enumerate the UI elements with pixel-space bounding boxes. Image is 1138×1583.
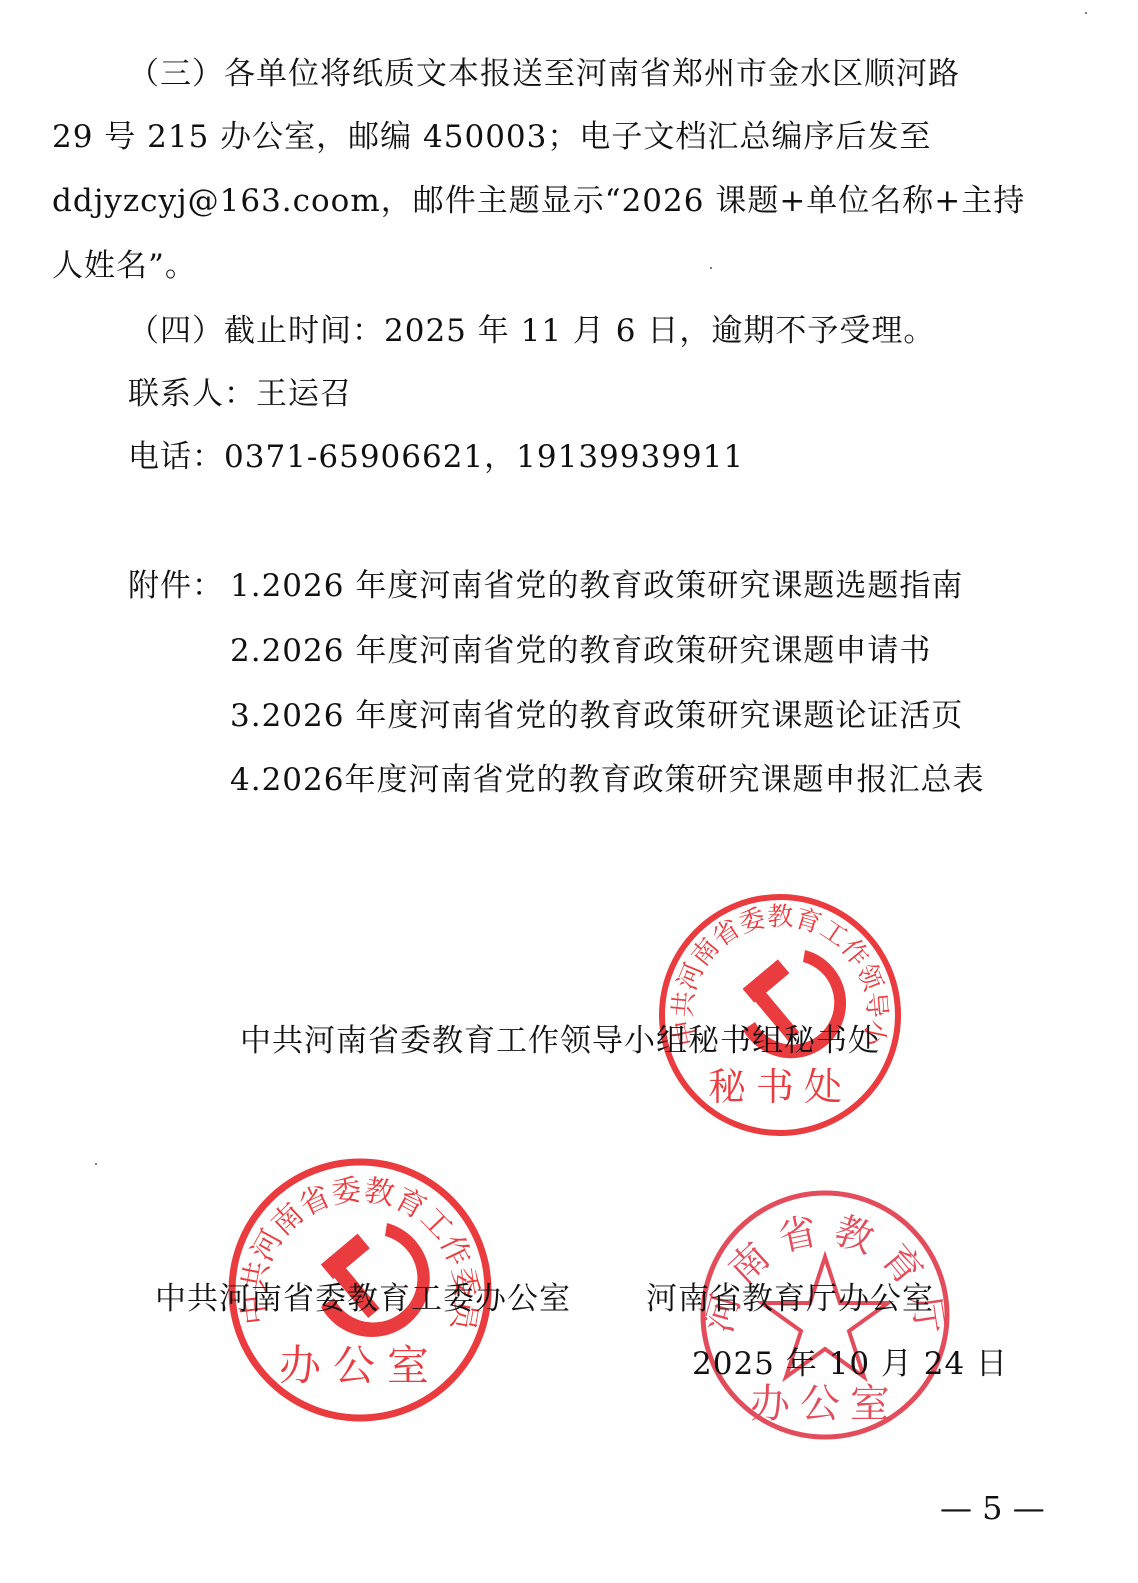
signature-education-department-office: 河南省教育厅办公室	[646, 1279, 934, 1319]
seal-center-text: 办公室	[279, 1341, 441, 1390]
signature-education-committee-office: 中共河南省委教育工委办公室	[155, 1279, 571, 1319]
attachment-item-1: 1.2026 年度河南省党的教育政策研究课题选题指南	[230, 566, 963, 606]
page-number: — 5 —	[940, 1488, 1045, 1528]
scan-speck	[1085, 12, 1087, 14]
official-seal-secretariat: 中共河南省委教育工作领导小组秘书组 秘书处	[655, 890, 905, 1140]
seal-ring-text: 河南省教育厅	[696, 1206, 954, 1348]
seal-center-text: 秘书处	[708, 1065, 852, 1109]
contact-person: 联系人：王运召	[128, 374, 352, 414]
paragraph-3-line-2: 29 号 215 办公室，邮编 450003；电子文档汇总编序后发至	[52, 117, 931, 157]
attachment-item-3: 3.2026 年度河南省党的教育政策研究课题论证活页	[230, 696, 963, 736]
signature-secretariat: 中共河南省委教育工作领导小组秘书组秘书处	[240, 1021, 880, 1061]
attachment-item-2: 2.2026 年度河南省党的教育政策研究课题申请书	[230, 631, 931, 671]
scan-speck	[710, 267, 712, 269]
attachment-item-4: 4.2026年度河南省党的教育政策研究课题申报汇总表	[230, 760, 984, 800]
paragraph-3-line-4: 人姓名”。	[52, 246, 197, 286]
paragraph-3-line-1: （三）各单位将纸质文本报送至河南省郑州市金水区顺河路	[128, 54, 960, 94]
paragraph-3-line-3: ddjyzcyj@163.coom，邮件主题显示“2026 课题+单位名称+主持	[52, 181, 1025, 221]
seal-center-text: 办公室	[750, 1381, 900, 1427]
paragraph-4-deadline: （四）截止时间：2025 年 11 月 6 日，逾期不予受理。	[128, 311, 935, 351]
contact-phone: 电话：0371-65906621，19139939911	[128, 437, 744, 477]
scan-speck	[95, 1163, 97, 1165]
attachments-label: 附件：	[128, 566, 224, 606]
issue-date: 2025 年 10 月 24 日	[692, 1344, 1008, 1384]
